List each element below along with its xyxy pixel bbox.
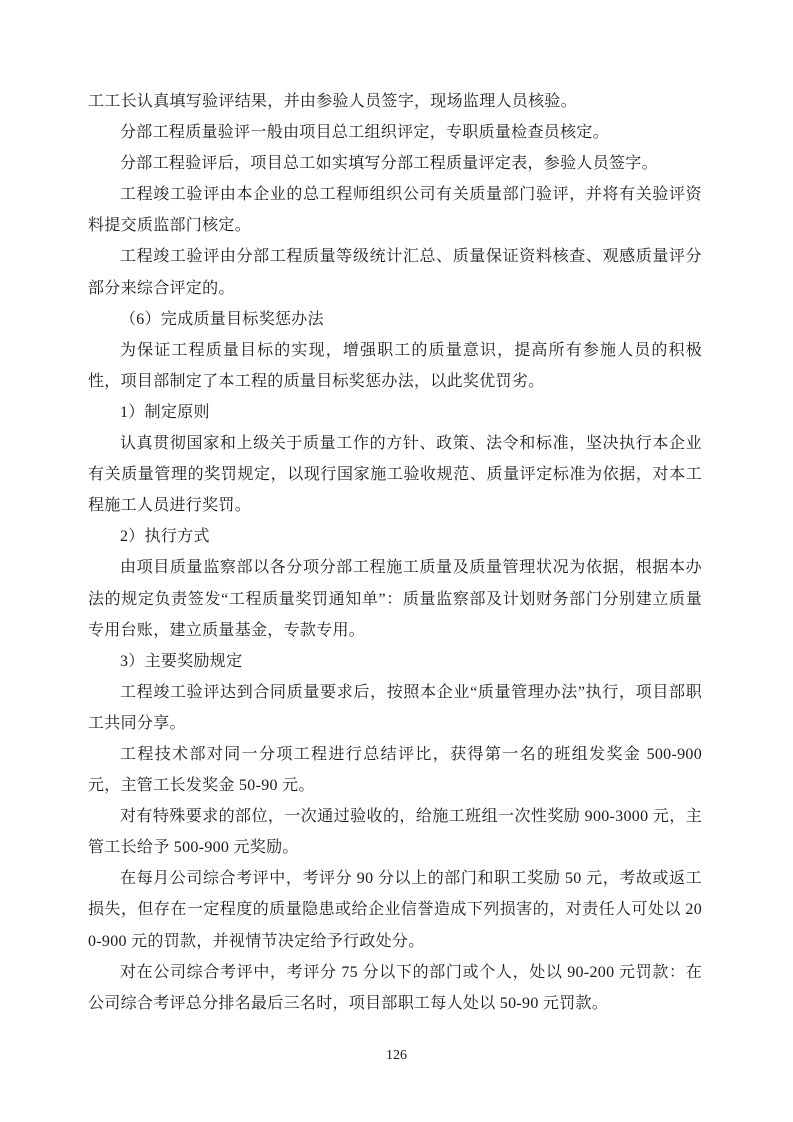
section-heading: （6）完成质量目标奖惩办法	[88, 304, 702, 335]
paragraph: 在每月公司综合考评中，考评分 90 分以上的部门和职工奖励 50 元，考故或返工…	[88, 863, 702, 956]
subsection-heading: 2）执行方式	[88, 521, 702, 552]
page-footer: 126	[0, 1046, 793, 1064]
paragraph: 工程技术部对同一分项工程进行总结评比，获得第一名的班组发奖金 500-900 元…	[88, 739, 702, 801]
subsection-heading: 1）制定原则	[88, 397, 702, 428]
paragraph: 工程竣工验评由分部工程质量等级统计汇总、质量保证资料核查、观感质量评分部分来综合…	[88, 241, 702, 303]
page-number: 126	[386, 1048, 407, 1063]
paragraph: 工程竣工验评达到合同质量要求后，按照本企业“质量管理办法”执行，项目部职工共同分…	[88, 677, 702, 739]
paragraph: 分部工程验评后，项目总工如实填写分部工程质量评定表，参验人员签字。	[88, 148, 702, 179]
paragraph: 为保证工程质量目标的实现，增强职工的质量意识，提高所有参施人员的积极性，项目部制…	[88, 335, 702, 397]
paragraph: 工程竣工验评由本企业的总工程师组织公司有关质量部门验评，并将有关验评资料提交质监…	[88, 179, 702, 241]
document-page: 工工长认真填写验评结果，并由参验人员签字，现场监理人员核验。 分部工程质量验评一…	[0, 0, 793, 1122]
paragraph-continuation: 工工长认真填写验评结果，并由参验人员签字，现场监理人员核验。	[88, 86, 702, 117]
paragraph: 认真贯彻国家和上级关于质量工作的方针、政策、法令和标准，坚决执行本企业有关质量管…	[88, 428, 702, 521]
document-body: 工工长认真填写验评结果，并由参验人员签字，现场监理人员核验。 分部工程质量验评一…	[88, 86, 702, 1019]
paragraph: 由项目质量监察部以各分项分部工程施工质量及质量管理状况为依据，根据本办法的规定负…	[88, 552, 702, 645]
paragraph: 对在公司综合考评中，考评分 75 分以下的部门或个人，处以 90-200 元罚款…	[88, 957, 702, 1019]
paragraph: 对有特殊要求的部位，一次通过验收的，给施工班组一次性奖励 900-3000 元，…	[88, 801, 702, 863]
subsection-heading: 3）主要奖励规定	[88, 646, 702, 677]
paragraph: 分部工程质量验评一般由项目总工组织评定，专职质量检查员核定。	[88, 117, 702, 148]
